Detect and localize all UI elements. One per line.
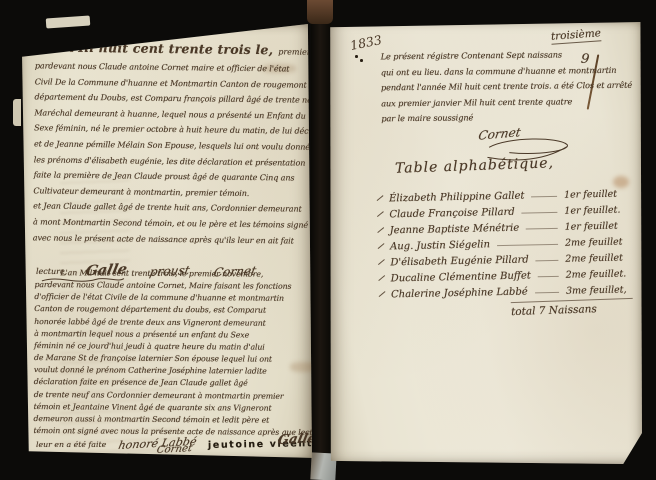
entry-folio: 2me feuillet xyxy=(565,252,631,264)
act-opening-small: premier octobre xyxy=(278,47,312,57)
closure-line: pendant l'année Mil huit cent trente tro… xyxy=(381,78,633,96)
entry-folio: 1er feuillet xyxy=(564,188,630,200)
book-spine xyxy=(311,0,331,480)
row-tick-mark xyxy=(377,227,384,233)
left-page: L'an Mil huit cent trente trois le, prem… xyxy=(20,24,312,460)
table-alphabetique-title: Table alphabétique, xyxy=(395,155,554,177)
table-alphabetique: Élizabeth Philippine Gallet 1er feuillet… xyxy=(376,183,632,300)
row-tick-mark xyxy=(379,291,386,297)
row-tick-mark xyxy=(378,275,385,281)
leader-line xyxy=(522,212,558,214)
spine-binding-tape xyxy=(307,0,333,24)
folio-word: troisième xyxy=(551,27,602,44)
act-line: avec nous le présent acte de naissance a… xyxy=(33,230,301,249)
row-tick-mark xyxy=(378,243,385,249)
entry-folio: 2me feuillet xyxy=(565,236,631,248)
entry-folio: 2me feuillet. xyxy=(566,268,632,280)
signature-galle-bottom: Galle xyxy=(276,431,312,448)
underlying-page-edge-left xyxy=(13,99,21,126)
signature-cornet-bottom: Cornet xyxy=(156,443,193,456)
birth-act-november: L'an Mil huit cent trente trois, le prem… xyxy=(33,267,310,439)
table-total: total 7 Naissans xyxy=(511,298,633,318)
leader-line xyxy=(535,292,559,294)
entry-folio: 3me feuillet, xyxy=(566,284,632,296)
leader-line xyxy=(536,260,559,261)
row-tick-mark xyxy=(377,211,384,217)
year-annotation: 1833 xyxy=(349,32,383,53)
paper-stain xyxy=(613,176,629,188)
act-opening-large: L'an Mil huit cent trente trois le, xyxy=(35,39,273,57)
birth-act-october: L'an Mil huit cent trente trois le, prem… xyxy=(33,36,304,248)
right-page: 1833 troisième 9 Le présent régistre Con… xyxy=(329,22,642,464)
ink-dot xyxy=(355,55,358,58)
underlying-page-edge-top xyxy=(46,15,91,28)
act-last-line: leur en a été faite xyxy=(36,440,106,449)
ink-dot xyxy=(360,59,363,62)
entry-name: Aug. Justin Siégelin xyxy=(390,239,490,252)
leader-line xyxy=(526,228,558,230)
leader-line xyxy=(497,244,558,246)
row-tick-mark xyxy=(377,195,384,201)
act-opening-line: L'an Mil huit cent trente trois le, prem… xyxy=(35,36,303,61)
register-closure-statement: Le présent régistre Contenant Sept naiss… xyxy=(381,47,634,128)
leader-line xyxy=(532,196,558,198)
entry-folio: 1er feuillet. xyxy=(564,204,630,216)
scanned-register-spread: L'an Mil huit cent trente trois le, prem… xyxy=(0,0,656,480)
leader-line xyxy=(538,276,559,277)
entry-name: Chalerine Joséphine Labbé xyxy=(391,287,528,301)
entry-folio: 1er feuillet xyxy=(565,220,631,232)
row-tick-mark xyxy=(378,259,385,265)
